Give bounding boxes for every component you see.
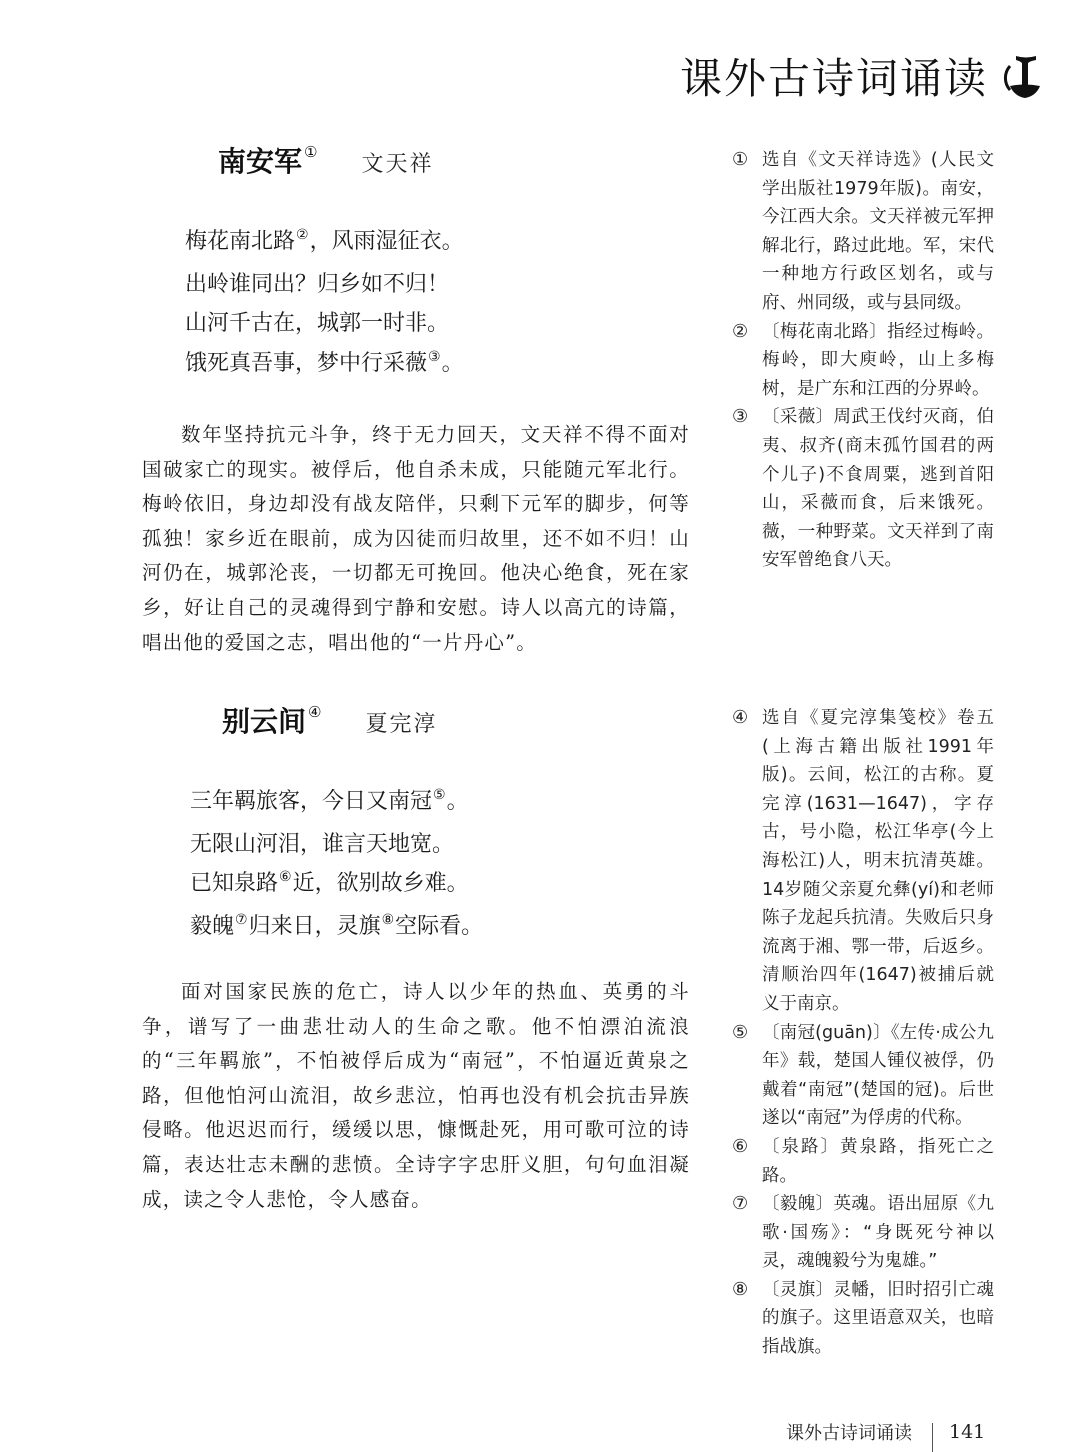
line-text: 归来日，灵旗 (249, 914, 381, 939)
line-text: 无限山河泪，谁言天地宽。 (190, 832, 454, 857)
poem-lines: 三年羁旅客，今日又南冠⑤。 无限山河泪，谁言天地宽。 已知泉路⑥近，欲别故乡难。… (190, 782, 483, 949)
poem-author: 夏完淳 (365, 707, 437, 738)
footnote-text: 选自《夏完淳集笺校》卷五(上海古籍出版社1991年版)。云间，松江的古称。夏完淳… (762, 704, 994, 1019)
line-text: 饿死真吾事，梦中行采薇 (185, 351, 427, 376)
anchor-emblem-icon (1002, 50, 1048, 102)
footnote: ③ 〔采薇〕周武王伐纣灭商，伯夷、叔齐(商末孤竹国君的两个儿子)不食周粟，逃到首… (732, 403, 994, 575)
poem-title-row: 南安军① 文天祥 (218, 140, 433, 180)
footnote: ① 选自《文天祥诗选》(人民文学出版社1979年版)。南安，今江西大余。文天祥被… (732, 146, 994, 318)
footnote-ref: ⑦ (235, 912, 248, 928)
footnote-ref: ⑧ (382, 912, 395, 928)
footnote-number: ⑥ (732, 1133, 762, 1162)
commentary-text: 面对国家民族的危亡，诗人以少年的热血、英勇的斗争，谱写了一曲悲壮动人的生命之歌。… (142, 975, 690, 1217)
page-number: 141 (949, 1421, 985, 1443)
footnote: ⑥ 〔泉路〕黄泉路，指死亡之路。 (732, 1133, 994, 1190)
poem-commentary: 数年坚持抗元斗争，终于无力回天，文天祥不得不面对国破家亡的现实。被俘后，他自杀未… (142, 418, 690, 660)
footnotes-poem-1: ① 选自《文天祥诗选》(人民文学出版社1979年版)。南安，今江西大余。文天祥被… (732, 146, 994, 575)
line-text: ，风雨湿征衣。 (310, 229, 464, 254)
line-text: 空际看。 (395, 914, 483, 939)
footnote-number: ③ (732, 403, 762, 432)
line-text: 近，欲别故乡难。 (293, 871, 469, 896)
poem-line: 梅花南北路②，风雨湿征衣。 (185, 222, 464, 265)
footnote-number: ④ (732, 704, 762, 733)
footnote-ref: ① (304, 143, 317, 161)
footnote-number: ② (732, 318, 762, 347)
poem-line: 饿死真吾事，梦中行采薇③。 (185, 344, 464, 387)
footnote: ⑤ 〔南冠(guān)〕《左传·成公九年》载，楚国人锺仪被俘，仍戴着“南冠”(楚… (732, 1019, 994, 1133)
footnote-text: 〔南冠(guān)〕《左传·成公九年》载，楚国人锺仪被俘，仍戴着“南冠”(楚国的… (762, 1019, 994, 1133)
footer-section-title: 课外古诗词诵读 (786, 1419, 912, 1445)
footnote: ② 〔梅花南北路〕指经过梅岭。梅岭，即大庾岭，山上多梅树，是广东和江西的分界岭。 (732, 318, 994, 404)
footnote: ④ 选自《夏完淳集笺校》卷五(上海古籍出版社1991年版)。云间，松江的古称。夏… (732, 704, 994, 1019)
footnote: ⑦ 〔毅魄〕英魂。语出屈原《九歌·国殇》：“身既死兮神以灵，魂魄毅兮为鬼雄。” (732, 1190, 994, 1276)
footnote-number: ⑧ (732, 1276, 762, 1305)
line-text: 梅花南北路 (185, 229, 295, 254)
poem-title-text: 南安军 (218, 145, 302, 178)
footnote-text: 〔梅花南北路〕指经过梅岭。梅岭，即大庾岭，山上多梅树，是广东和江西的分界岭。 (762, 318, 994, 404)
footnote-text: 〔采薇〕周武王伐纣灭商，伯夷、叔齐(商末孤竹国君的两个儿子)不食周粟，逃到首阳山… (762, 403, 994, 575)
footnote-ref: ⑤ (433, 787, 446, 803)
poem-title-row: 别云间④ 夏完淳 (222, 700, 437, 740)
footnote-ref: ④ (308, 703, 321, 721)
footnote-ref: ② (296, 227, 309, 243)
line-text: 。 (447, 789, 469, 814)
poem-line: 无限山河泪，谁言天地宽。 (190, 825, 483, 865)
footnote-text: 〔灵旗〕灵幡，旧时招引亡魂的旗子。这里语意双关，也暗指战旗。 (762, 1276, 994, 1362)
poem-line: 山河千古在，城郭一时非。 (185, 304, 464, 344)
line-text: 山河千古在，城郭一时非。 (185, 311, 449, 336)
footnote-text: 〔毅魄〕英魂。语出屈原《九歌·国殇》：“身既死兮神以灵，魂魄毅兮为鬼雄。” (762, 1190, 994, 1276)
line-text: 出岭谁同出？归乡如不归！ (185, 272, 449, 297)
footnote-number: ⑦ (732, 1190, 762, 1219)
page-footer: 课外古诗词诵读 141 (786, 1415, 985, 1449)
footnote-text: 〔泉路〕黄泉路，指死亡之路。 (762, 1133, 994, 1190)
poem-title-text: 别云间 (222, 705, 306, 738)
poem-line: 出岭谁同出？归乡如不归！ (185, 265, 464, 305)
page-header: 课外古诗词诵读 (680, 46, 1048, 106)
footnote-text: 选自《文天祥诗选》(人民文学出版社1979年版)。南安，今江西大余。文天祥被元军… (762, 146, 994, 318)
footnote-ref: ③ (428, 349, 441, 365)
footnote-ref: ⑥ (279, 869, 292, 885)
footnote-number: ① (732, 146, 762, 175)
footnotes-poem-2: ④ 选自《夏完淳集笺校》卷五(上海古籍出版社1991年版)。云间，松江的古称。夏… (732, 704, 994, 1362)
page-header-title: 课外古诗词诵读 (680, 46, 988, 106)
poem-author: 文天祥 (361, 147, 433, 178)
poem-line: 已知泉路⑥近，欲别故乡难。 (190, 864, 483, 907)
poem-commentary: 面对国家民族的危亡，诗人以少年的热血、英勇的斗争，谱写了一曲悲壮动人的生命之歌。… (142, 975, 690, 1217)
poem-line: 三年羁旅客，今日又南冠⑤。 (190, 782, 483, 825)
line-text: 。 (442, 351, 464, 376)
poem-title: 南安军① (218, 140, 317, 180)
line-text: 毅魄 (190, 914, 234, 939)
commentary-text: 数年坚持抗元斗争，终于无力回天，文天祥不得不面对国破家亡的现实。被俘后，他自杀未… (142, 418, 690, 660)
line-text: 已知泉路 (190, 871, 278, 896)
poem-lines: 梅花南北路②，风雨湿征衣。 出岭谁同出？归乡如不归！ 山河千古在，城郭一时非。 … (185, 222, 464, 386)
poem-title: 别云间④ (222, 700, 321, 740)
footer-divider (932, 1423, 933, 1452)
poem-line: 毅魄⑦归来日，灵旗⑧空际看。 (190, 907, 483, 950)
line-text: 三年羁旅客，今日又南冠 (190, 789, 432, 814)
footnote: ⑧ 〔灵旗〕灵幡，旧时招引亡魂的旗子。这里语意双关，也暗指战旗。 (732, 1276, 994, 1362)
footnote-number: ⑤ (732, 1019, 762, 1048)
